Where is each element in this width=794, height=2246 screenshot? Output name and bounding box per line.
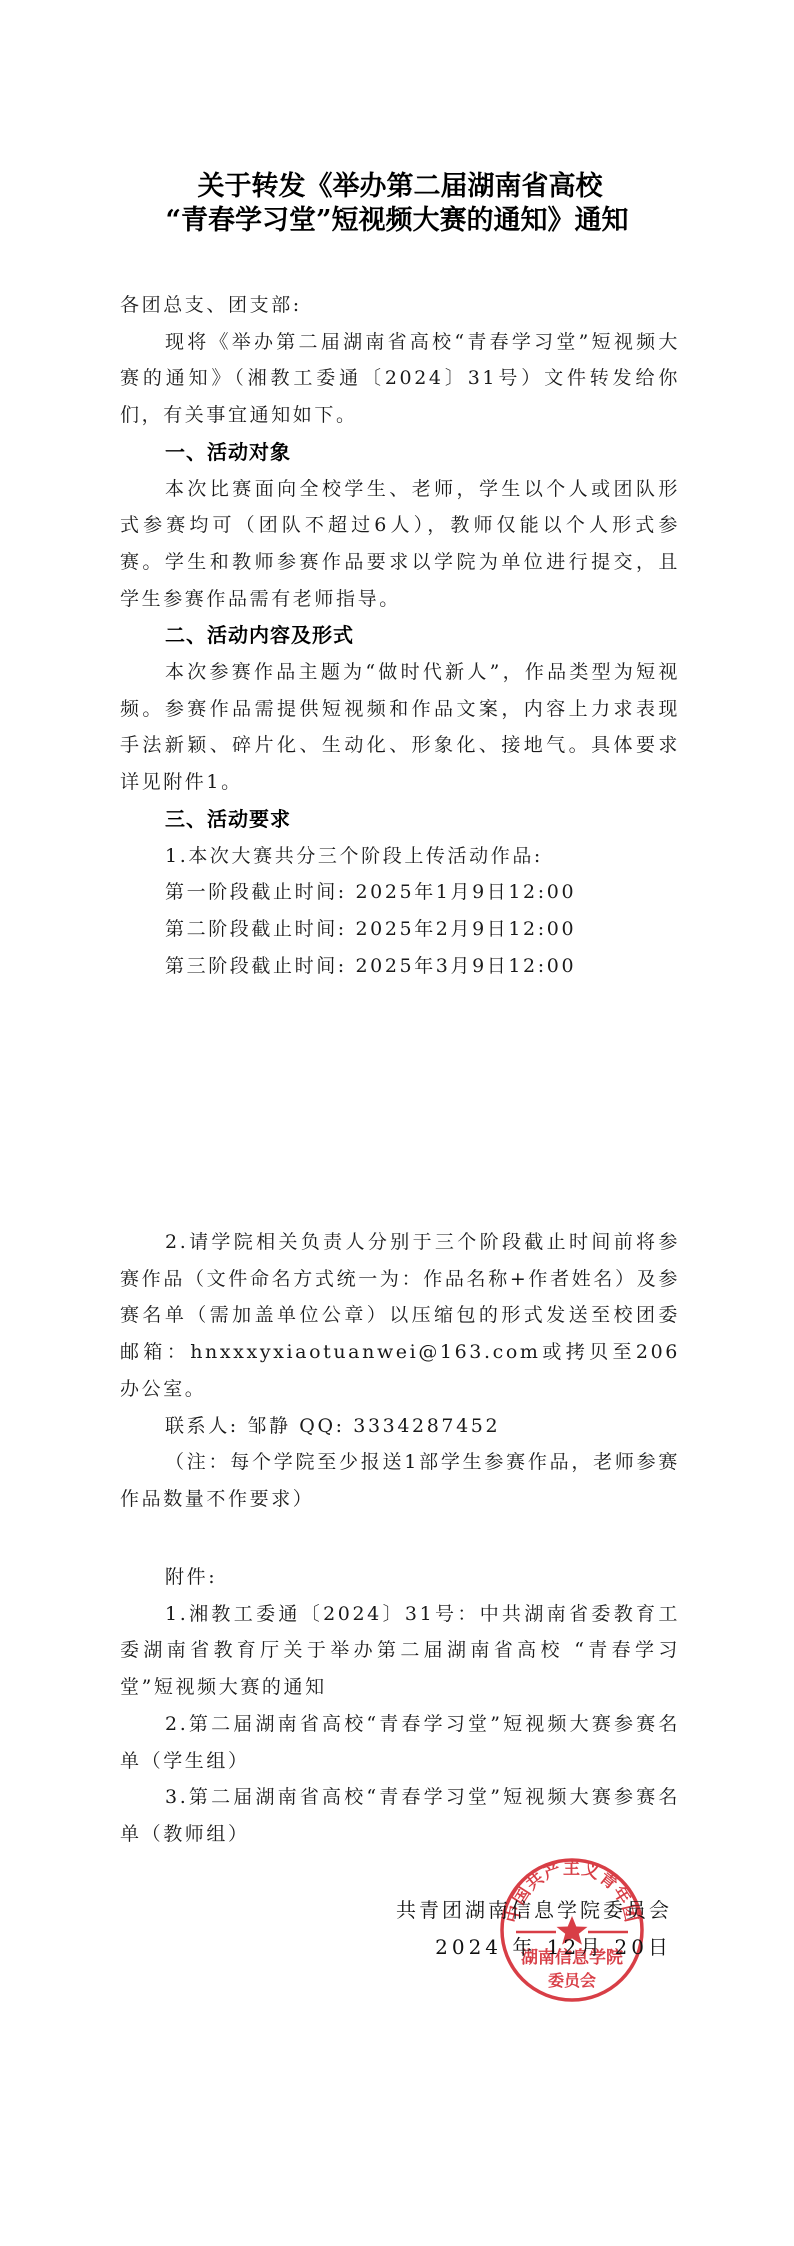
note-paragraph: （注：每个学院至少报送1部学生参赛作品，老师参赛作品数量不作要求） (120, 1444, 680, 1517)
seal-line-2: 委员会 (548, 1971, 596, 1990)
attachment-item-2: 2.第二届湖南省高校“青春学习堂”短视频大赛参赛名单（学生组） (120, 1706, 680, 1779)
document-title: 关于转发《举办第二届湖南省高校 “青春学习堂”短视频大赛的通知》通知 (0, 170, 794, 238)
section-2-paragraph: 本次参赛作品主题为“做时代新人”，作品类型为短视频。参赛作品需提供短视频和作品文… (120, 654, 680, 801)
attachments-label: 附件: (120, 1559, 680, 1596)
deadline-phase-1: 第一阶段截止时间: 2025年1月9日12:00 (120, 874, 680, 911)
attachments: 附件: 1.湘教工委通〔2024〕31号：中共湖南省委教育工委湖南省教育厅关于举… (120, 1559, 680, 1853)
attachment-item-1: 1.湘教工委通〔2024〕31号：中共湖南省委教育工委湖南省教育厅关于举办第二届… (120, 1596, 680, 1706)
signature-organization: 共青团湖南信息学院委员会 (396, 1892, 672, 1928)
document-body-upper: 各团总支、团支部: 现将《举办第二届湖南省高校“青春学习堂”短视频大赛的通知》（… (120, 287, 680, 984)
contact-line: 联系人: 邹静 QQ: 3334287452 (120, 1408, 680, 1445)
title-line-1: 关于转发《举办第二届湖南省高校 (0, 170, 794, 204)
salutation: 各团总支、团支部: (120, 287, 680, 324)
section-heading-1: 一、活动对象 (120, 434, 680, 471)
intro-paragraph: 现将《举办第二届湖南省高校“青春学习堂”短视频大赛的通知》（湘教工委通〔2024… (120, 324, 680, 434)
requirement-item-1: 1.本次大赛共分三个阶段上传活动作品: (120, 838, 680, 875)
title-line-2: “青春学习堂”短视频大赛的通知》通知 (0, 204, 794, 238)
requirement-item-2: 2.请学院相关负责人分别于三个阶段截止时间前将参赛作品（文件命名方式统一为：作品… (120, 1224, 680, 1408)
section-heading-2: 二、活动内容及形式 (120, 617, 680, 654)
document-body-lower: 2.请学院相关负责人分别于三个阶段截止时间前将参赛作品（文件命名方式统一为：作品… (120, 1224, 680, 1518)
deadline-phase-3: 第三阶段截止时间: 2025年3月9日12:00 (120, 948, 680, 985)
section-heading-3: 三、活动要求 (120, 801, 680, 838)
section-1-paragraph: 本次比赛面向全校学生、老师，学生以个人或团队形式参赛均可（团队不超过6人），教师… (120, 471, 680, 618)
deadline-phase-2: 第二阶段截止时间: 2025年2月9日12:00 (120, 911, 680, 948)
attachment-item-3: 3.第二届湖南省高校“青春学习堂”短视频大赛参赛名单（教师组） (120, 1779, 680, 1852)
signature-date: 2024 年 12月 20日 (435, 1929, 672, 1965)
